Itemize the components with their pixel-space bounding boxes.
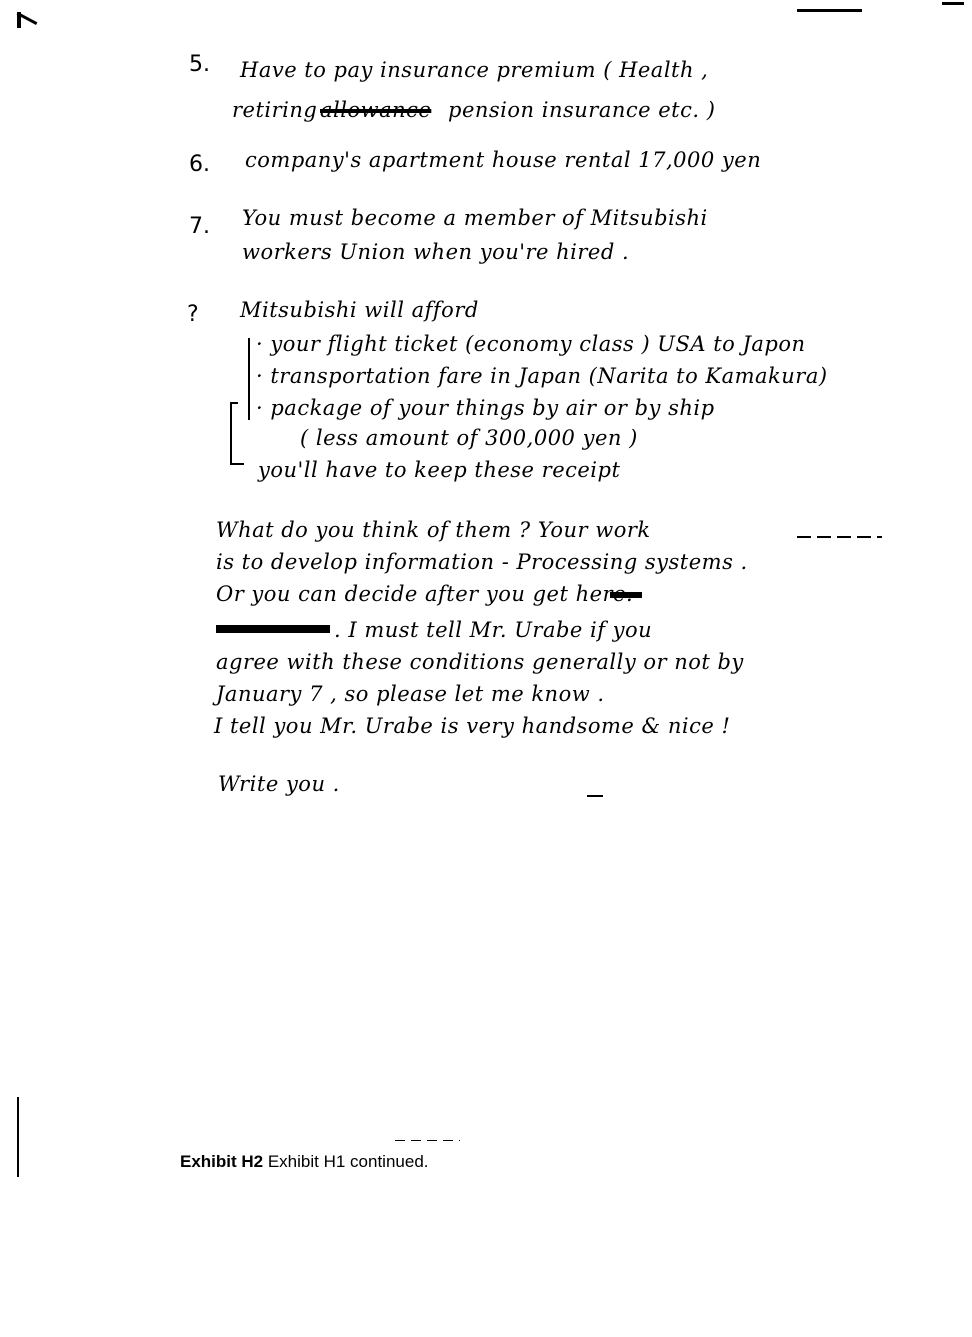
afford-item-limit: ( less amount of 300,000 yen ) xyxy=(300,426,638,450)
item-7-line-2: workers Union when you're hired . xyxy=(242,240,629,264)
paragraph-line-6: January 7 , so please let me know . xyxy=(216,682,605,706)
receipt-note: you'll have to keep these receipt xyxy=(258,458,620,482)
item-5-number: 5. xyxy=(189,52,210,77)
scribble-redaction-1 xyxy=(610,592,642,598)
bracket-outer-top xyxy=(230,402,238,404)
paragraph-line-4: . I must tell Mr. Urabe if you xyxy=(334,618,652,642)
item-5-struck-word: allowance xyxy=(320,98,431,122)
item-7-line-1: You must become a member of Mitsubishi xyxy=(242,206,708,230)
exhibit-label: Exhibit H2 xyxy=(180,1152,263,1171)
afford-item-flight: · your flight ticket (economy class ) US… xyxy=(256,332,806,356)
item-8-line-1: Mitsubishi will afford xyxy=(240,298,479,322)
closing: Write you . xyxy=(218,772,340,796)
scan-edge-top-right xyxy=(797,9,862,12)
item-7-number: 7. xyxy=(189,214,210,239)
item-8-number: ? xyxy=(187,302,199,327)
item-5-line-2b: pension insurance etc. ) xyxy=(448,98,715,122)
item-6-line-1: company's apartment house rental 17,000 … xyxy=(245,148,761,172)
exhibit-caption-text: Exhibit H1 continued. xyxy=(263,1152,428,1171)
bracket-outer-vertical xyxy=(230,402,232,464)
scan-edge-top-right-2 xyxy=(942,2,964,5)
afford-item-package: · package of your things by air or by sh… xyxy=(256,396,715,420)
dash-marks-right xyxy=(797,536,882,538)
scribble-redaction-2 xyxy=(216,625,330,633)
item-5-line-1: Have to pay insurance premium ( Health , xyxy=(240,58,708,82)
dash-mark xyxy=(587,795,603,797)
paragraph-line-1: What do you think of them ? Your work xyxy=(216,518,651,542)
item-6-number: 6. xyxy=(189,152,210,177)
bracket-inner xyxy=(248,338,250,420)
paragraph-line-5: agree with these conditions generally or… xyxy=(216,650,744,674)
exhibit-caption: Exhibit H2 Exhibit H1 continued. xyxy=(180,1152,429,1172)
afford-item-transport: · transportation fare in Japan (Narita t… xyxy=(256,364,828,388)
paragraph-line-7: I tell you Mr. Urabe is very handsome & … xyxy=(214,714,730,738)
paragraph-line-2: is to develop information - Processing s… xyxy=(216,550,748,574)
paragraph-line-3: Or you can decide after you get here. xyxy=(216,582,633,606)
scan-edge-left xyxy=(17,1097,19,1177)
bracket-arrow xyxy=(230,463,244,465)
item-5-line-2a: retiring xyxy=(232,98,317,122)
caption-dash-marks xyxy=(395,1140,460,1141)
scanned-page: 5. Have to pay insurance premium ( Healt… xyxy=(0,0,972,1337)
